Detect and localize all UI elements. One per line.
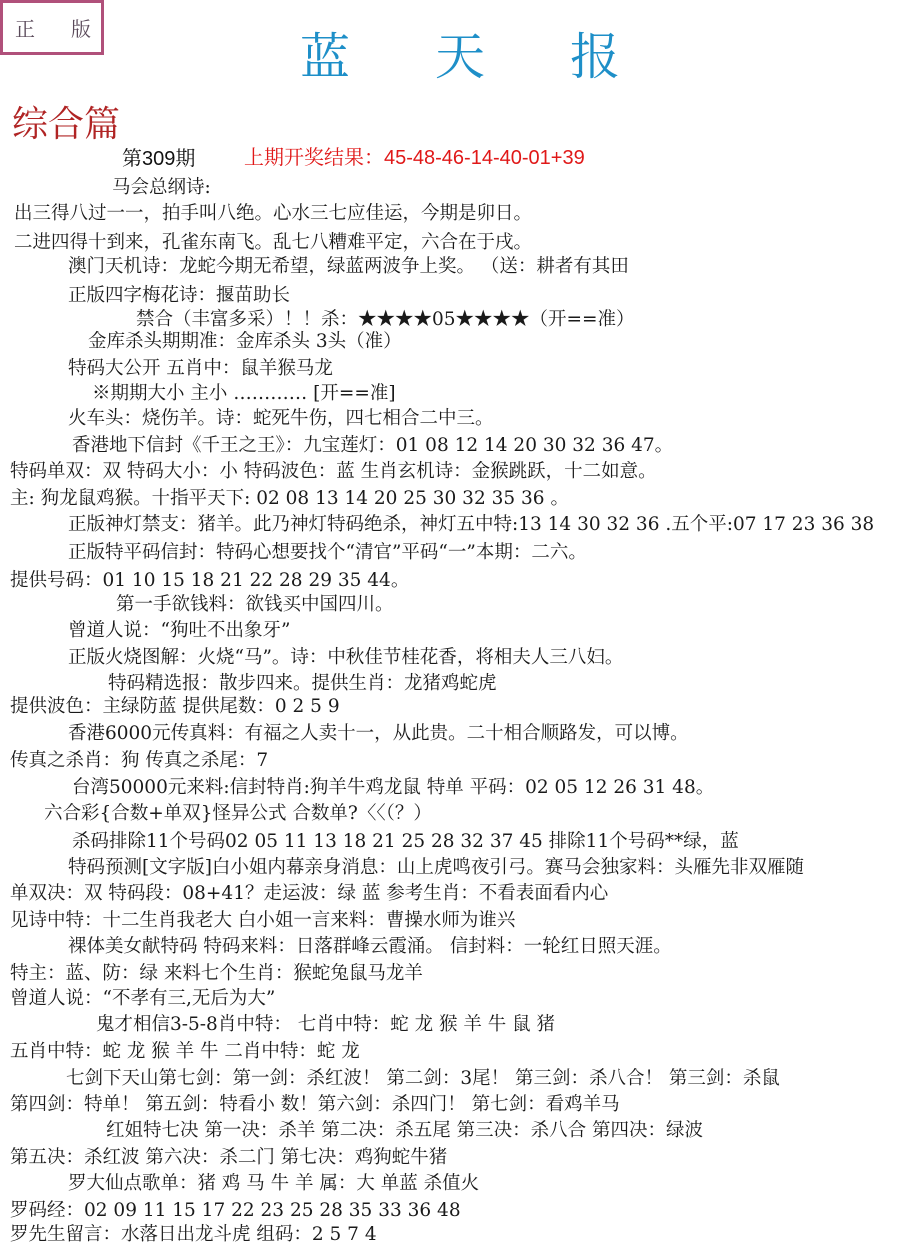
content-line: 特码单双：双 特码大小：小 特码波色：蓝 生肖玄机诗：金猴跳跃，十二如意。 [10,460,657,484]
content-line: 罗大仙点歌单：猪 鸡 马 牛 羊 属：大 单蓝 杀值火 [68,1172,479,1196]
content-line: 曾道人说：“狗吐不出象牙” [68,619,290,643]
content-line: 特码预测[文字版]白小姐内幕亲身消息：山上虎鸣夜引弓。赛马会独家料：头雁先非双雁… [68,856,804,880]
content-line: 第四剑：特单！ 第五剑：特看小 数！第六剑：杀四门！ 第七剑：看鸡羊马 [10,1093,620,1117]
content-line: 正版神灯禁支：猪羊。此乃神灯特码绝杀，神灯五中特:13 14 30 32 36 … [68,513,874,537]
content-line: 马会总纲诗: [112,176,211,200]
content-line: 出三得八过一一，拍手叫八绝。心水三七应佳运，今期是卯日。 [14,202,532,226]
content-line: 正版特平码信封：特码心想要找个“清官”平码“一”本期：二六。 [68,541,587,565]
content-line: 禁合（丰富多采）！！杀：★★★★05★★★★（开==准） [136,308,635,332]
content-line: 香港6000元传真料：有福之人卖十一，从此贵。二十相合顺路发，可以博。 [68,722,689,746]
content-line: 台湾50000元来料:信封特肖:狗羊牛鸡龙鼠 特单 平码：02 05 12 26… [72,776,714,800]
authentic-edition-badge: 正 版 [0,0,104,55]
content-line: 第五决：杀红波 第六决：杀二门 第七决：鸡狗蛇牛猪 [10,1146,447,1170]
content-line: 罗先生留言：水落日出龙斗虎 组码：2 5 7 4 [10,1223,377,1243]
issue-number: 第309期 [122,142,195,171]
badge-right-char: 版 [71,13,91,42]
content-line: 特码精选报：散步四来。提供生肖：龙猪鸡蛇虎 [108,672,497,696]
content-line: 单双决：双 特码段：08+41？走运波：绿 蓝 参考生肖：不看表面看内心 [10,882,608,906]
content-line: 红姐特七决 第一决：杀羊 第二决：杀五尾 第三决：杀八合 第四决：绿波 [106,1119,703,1143]
content-line: 杀码排除11个号码02 05 11 13 18 21 25 28 32 37 4… [72,830,739,854]
content-line: 鬼才相信3-5-8肖中特： 七肖中特：蛇 龙 猴 羊 牛 鼠 猪 [96,1013,555,1037]
title-char-2: 天 [435,17,485,89]
content-line: 正版四字梅花诗：揠苗助长 [68,284,290,308]
content-line: 第一手欲钱料：欲钱买中国四川。 [116,593,394,617]
content-line: ※期期大小 主小 ………… [开==准] [92,382,396,406]
content-line: 香港地下信封《千王之王》：九宝莲灯：01 08 12 14 20 30 32 3… [72,434,673,458]
content-line: 主: 狗龙鼠鸡猴。十指平天下: 02 08 13 14 20 25 30 32 … [10,487,569,511]
content-line: 提供号码：01 10 15 18 21 22 28 29 35 44。 [10,569,409,593]
content-line: 火车头：烧伤羊。诗：蛇死牛伤，四七相合二中三。 [68,407,494,431]
last-draw-result: 上期开奖结果：45-48-46-14-40-01+39 [244,141,585,170]
content-line: 六合彩{合数+单双}怪异公式 合数单?〈〈（？） [44,802,432,826]
section-title: 综合篇 [12,96,120,147]
title-char-1: 蓝 [300,17,350,89]
content-line: 五肖中特：蛇 龙 猴 羊 牛 二肖中特：蛇 龙 [10,1040,360,1064]
content-line: 金库杀头期期准：金库杀头 3头（准） [88,330,402,354]
content-line: 澳门天机诗：龙蛇今期无希望，绿蓝两波争上奖。 （送：耕者有其田 [68,255,629,279]
content-line: 裸体美女献特码 特码来料：日落群峰云霞涌。 信封料：一轮红日照天涯。 [68,935,672,959]
content-line: 曾道人说：“不孝有三,无后为大” [10,987,275,1011]
content-line: 七剑下天山第七剑：第一剑：杀红波！ 第二剑：3尾！ 第三剑：杀八合！ 第三剑：杀… [66,1067,780,1091]
content-line: 正版火烧图解：火烧“马”。诗：中秋佳节桂花香，将相夫人三八妇。 [68,646,623,670]
content-line: 二进四得十到来，孔雀东南飞。乱七八糟难平定，六合在于戌。 [14,231,532,255]
badge-left-char: 正 [15,13,35,42]
content-line: 见诗中特：十二生肖我老大 白小姐一言来料：曹操水师为谁兴 [10,909,515,933]
content-line: 传真之杀肖：狗 传真之杀尾：7 [10,749,268,773]
content-line: 罗码经：02 09 11 15 17 22 23 25 28 35 33 36 … [10,1199,461,1223]
content-line: 提供波色：主绿防蓝 提供尾数：0 2 5 9 [10,695,340,719]
content-line: 特主：蓝、防：绿 来料七个生肖：猴蛇兔鼠马龙羊 [10,962,423,986]
content-line: 特码大公开 五肖中：鼠羊猴马龙 [68,357,333,381]
title-char-3: 报 [570,17,620,89]
newspaper-title: 蓝 天 报 [300,18,620,88]
